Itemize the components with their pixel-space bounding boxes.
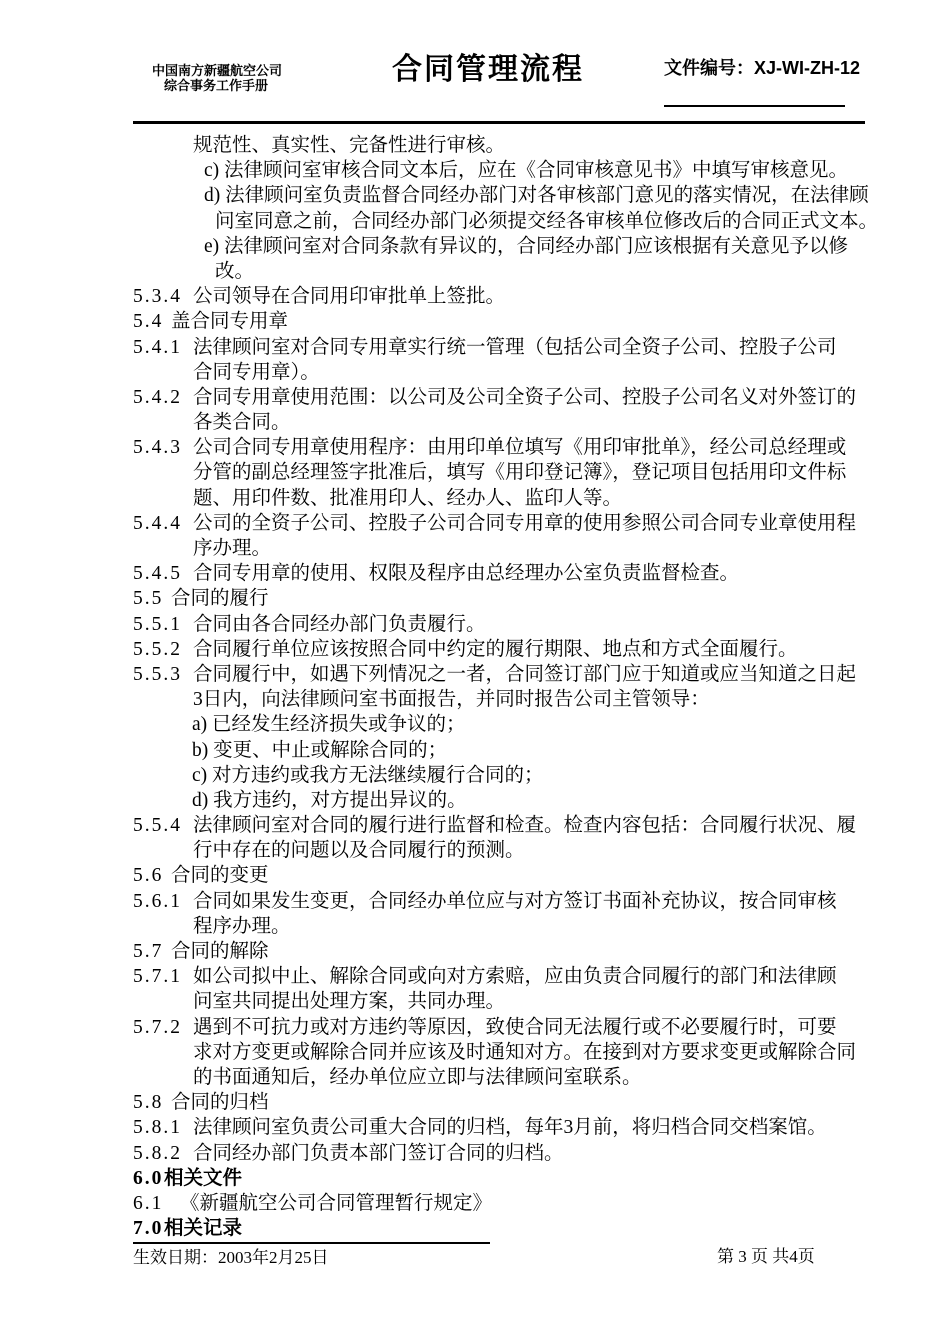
clause-text: 问室同意之前，合同经办部门必须提交经各审核单位修改后的合同正式文本。 [133,209,933,234]
clause-number: 5.4.5 [133,561,182,586]
clause-text: 合同专用章的使用、权限及程序由总经理办公室负责监督检查。 [133,561,933,586]
clause-text: 合同的变更 [133,863,933,888]
clause-number: 5.8 [133,1090,163,1115]
doc-line: 5.5.1合同由各合同经办部门负责履行。 [133,612,933,637]
doc-line: 求对方变更或解除合同并应该及时通知对方。在接到对方要求变更或解除合同 [133,1040,933,1065]
clause-number: 6.1 [133,1191,163,1216]
doc-line: 6.1《新疆航空公司合同管理暂行规定》 [133,1191,933,1216]
doc-line: 5.4.5合同专用章的使用、权限及程序由总经理办公室负责监督检查。 [133,561,933,586]
clause-number: 5.7.2 [133,1015,182,1040]
clause-text: b) 变更、中止或解除合同的； [133,738,933,763]
clause-number: 5.7 [133,939,163,964]
doc-line: 行中存在的问题以及合同履行的预测。 [133,838,933,863]
clause-number: 5.4.2 [133,385,182,410]
clause-text: d) 我方违约，对方提出异议的。 [133,788,933,813]
doc-line: 改。 [133,259,933,284]
doc-line: 序办理。 [133,536,933,561]
clause-text: 问室共同提出处理方案，共同办理。 [133,989,933,1014]
doc-line: 5.4.4公司的全资子公司、控股子公司合同专用章的使用参照公司合同专业章使用程 [133,511,933,536]
clause-text: 规范性、真实性、完备性进行审核。 [133,133,933,158]
doc-line: 5.3.4公司领导在合同用印审批单上签批。 [133,284,933,309]
doc-line: 5.8.2合同经办部门负责本部门签订合同的归档。 [133,1141,933,1166]
clause-text: e) 法律顾问室对合同条款有异议的，合同经办部门应该根据有关意见予以修 [133,234,933,259]
doc-line: e) 法律顾问室对合同条款有异议的，合同经办部门应该根据有关意见予以修 [133,234,933,259]
clause-number: 5.4.4 [133,511,182,536]
clause-text: 法律顾问室对合同的履行进行监督和检查。检查内容包括：合同履行状况、履 [133,813,933,838]
clause-text: 相关记录 [133,1216,933,1241]
clause-text: 序办理。 [133,536,933,561]
doc-line: 5.6合同的变更 [133,863,933,888]
clause-text: 相关文件 [133,1166,933,1191]
clause-number: 7.0 [133,1216,163,1241]
clause-number: 5.6 [133,863,163,888]
doc-line: 5.5.2合同履行单位应该按照合同中约定的履行期限、地点和方式全面履行。 [133,637,933,662]
doc-line: 程序办理。 [133,914,933,939]
doc-line: d) 我方违约，对方提出异议的。 [133,788,933,813]
doc-line: 分管的副总经理签字批准后，填写《用印登记簿》，登记项目包括用印文件标 [133,460,933,485]
doc-line: 5.7.1如公司拟中止、解除合同或向对方索赔，应由负责合同履行的部门和法律顾 [133,964,933,989]
doc-line: 5.4盖合同专用章 [133,309,933,334]
doc-line: 5.4.3公司合同专用章使用程序：由用印单位填写《用印审批单》，经公司总经理或 [133,435,933,460]
doc-line: c) 对方违约或我方无法继续履行合同的； [133,763,933,788]
clause-number: 5.4.3 [133,435,182,460]
clause-text: 公司的全资子公司、控股子公司合同专用章的使用参照公司合同专业章使用程 [133,511,933,536]
clause-text: 合同履行单位应该按照合同中约定的履行期限、地点和方式全面履行。 [133,637,933,662]
doc-line: 5.8.1法律顾问室负责公司重大合同的归档，每年3月前，将归档合同交档案馆。 [133,1115,933,1140]
doc-line: 6.0相关文件 [133,1166,933,1191]
clause-number: 5.4 [133,309,163,334]
doc-line: c) 法律顾问室审核合同文本后，应在《合同审核意见书》中填写审核意见。 [133,158,933,183]
doc-line: 合同专用章）。 [133,360,933,385]
clause-number: 5.5.4 [133,813,182,838]
clause-text: 3日内，向法律顾问室书面报告，并同时报告公司主管领导： [133,687,933,712]
effective-date: 生效日期：2003年2月25日 [133,1247,329,1268]
doc-line: 5.7.2遇到不可抗力或对方违约等原因，致使合同无法履行或不必要履行时，可要 [133,1015,933,1040]
doc-line: 规范性、真实性、完备性进行审核。 [133,133,933,158]
document-body: 规范性、真实性、完备性进行审核。c) 法律顾问室审核合同文本后，应在《合同审核意… [133,133,933,1241]
doc-line: 7.0相关记录 [133,1216,933,1241]
header-divider [133,121,865,124]
doc-number: 文件编号：XJ-WI-ZH-12 [664,56,860,80]
page-number: 第 3 页 共4页 [717,1246,815,1267]
doc-line: 5.7合同的解除 [133,939,933,964]
clause-text: 程序办理。 [133,914,933,939]
clause-number: 5.6.1 [133,889,182,914]
clause-text: 公司领导在合同用印审批单上签批。 [133,284,933,309]
doc-line: a) 已经发生经济损失或争议的； [133,712,933,737]
doc-line: b) 变更、中止或解除合同的； [133,738,933,763]
clause-text: 合同由各合同经办部门负责履行。 [133,612,933,637]
clause-number: 5.7.1 [133,964,182,989]
clause-text: 遇到不可抗力或对方违约等原因，致使合同无法履行或不必要履行时，可要 [133,1015,933,1040]
clause-text: 题、用印件数、批准用印人、经办人、监印人等。 [133,486,933,511]
doc-line: 问室同意之前，合同经办部门必须提交经各审核单位修改后的合同正式文本。 [133,209,933,234]
doc-line: 的书面通知后，经办单位应立即与法律顾问室联系。 [133,1065,933,1090]
clause-number: 5.4.1 [133,335,182,360]
clause-text: 合同经办部门负责本部门签订合同的归档。 [133,1141,933,1166]
clause-number: 5.8.2 [133,1141,182,1166]
clause-number: 5.5 [133,586,163,611]
clause-number: 5.5.2 [133,637,182,662]
doc-line: 题、用印件数、批准用印人、经办人、监印人等。 [133,486,933,511]
clause-text: 如公司拟中止、解除合同或向对方索赔，应由负责合同履行的部门和法律顾 [133,964,933,989]
clause-text: 公司合同专用章使用程序：由用印单位填写《用印审批单》，经公司总经理或 [133,435,933,460]
clause-text: 合同的履行 [133,586,933,611]
clause-text: 合同的归档 [133,1090,933,1115]
clause-text: a) 已经发生经济损失或争议的； [133,712,933,737]
clause-text: 合同的解除 [133,939,933,964]
clause-text: c) 对方违约或我方无法继续履行合同的； [133,763,933,788]
clause-number: 5.5.3 [133,662,182,687]
doc-line: 问室共同提出处理方案，共同办理。 [133,989,933,1014]
clause-text: 合同专用章使用范围：以公司及公司全资子公司、控股子公司名义对外签订的 [133,385,933,410]
clause-text: 求对方变更或解除合同并应该及时通知对方。在接到对方要求变更或解除合同 [133,1040,933,1065]
clause-text: 分管的副总经理签字批准后，填写《用印登记簿》，登记项目包括用印文件标 [133,460,933,485]
clause-text: c) 法律顾问室审核合同文本后，应在《合同审核意见书》中填写审核意见。 [133,158,933,183]
clause-text: 《新疆航空公司合同管理暂行规定》 [133,1191,933,1216]
doc-line: 5.6.1合同如果发生变更，合同经办单位应与对方签订书面补充协议，按合同审核 [133,889,933,914]
clause-number: 5.8.1 [133,1115,182,1140]
clause-text: 盖合同专用章 [133,309,933,334]
clause-number: 5.5.1 [133,612,182,637]
clause-text: 合同履行中，如遇下列情况之一者，合同签订部门应于知道或应当知道之日起 [133,662,933,687]
clause-number: 5.3.4 [133,284,182,309]
clause-text: 法律顾问室对合同专用章实行统一管理（包括公司全资子公司、控股子公司 [133,335,933,360]
clause-text: 行中存在的问题以及合同履行的预测。 [133,838,933,863]
doc-line: 3日内，向法律顾问室书面报告，并同时报告公司主管领导： [133,687,933,712]
clause-number: 6.0 [133,1166,163,1191]
clause-text: 合同如果发生变更，合同经办单位应与对方签订书面补充协议，按合同审核 [133,889,933,914]
doc-line: 5.4.2合同专用章使用范围：以公司及公司全资子公司、控股子公司名义对外签订的 [133,385,933,410]
doc-line: 5.5合同的履行 [133,586,933,611]
doc-line: 各类合同。 [133,410,933,435]
document-page: 中国南方新疆航空公司 综合事务工作手册 合同管理流程 文件编号：XJ-WI-ZH… [0,0,950,1344]
clause-text: 各类合同。 [133,410,933,435]
doc-line: 5.5.4法律顾问室对合同的履行进行监督和检查。检查内容包括：合同履行状况、履 [133,813,933,838]
doc-line: 5.5.3合同履行中，如遇下列情况之一者，合同签订部门应于知道或应当知道之日起 [133,662,933,687]
clause-text: d) 法律顾问室负责监督合同经办部门对各审核部门意见的落实情况，在法律顾 [133,183,933,208]
doc-number-underline [664,105,845,107]
doc-line: 5.4.1法律顾问室对合同专用章实行统一管理（包括公司全资子公司、控股子公司 [133,335,933,360]
doc-line: 5.8合同的归档 [133,1090,933,1115]
clause-text: 的书面通知后，经办单位应立即与法律顾问室联系。 [133,1065,933,1090]
clause-text: 法律顾问室负责公司重大合同的归档，每年3月前，将归档合同交档案馆。 [133,1115,933,1140]
clause-text: 改。 [133,259,933,284]
footer-divider [133,1242,490,1244]
doc-line: d) 法律顾问室负责监督合同经办部门对各审核部门意见的落实情况，在法律顾 [133,183,933,208]
clause-text: 合同专用章）。 [133,360,933,385]
